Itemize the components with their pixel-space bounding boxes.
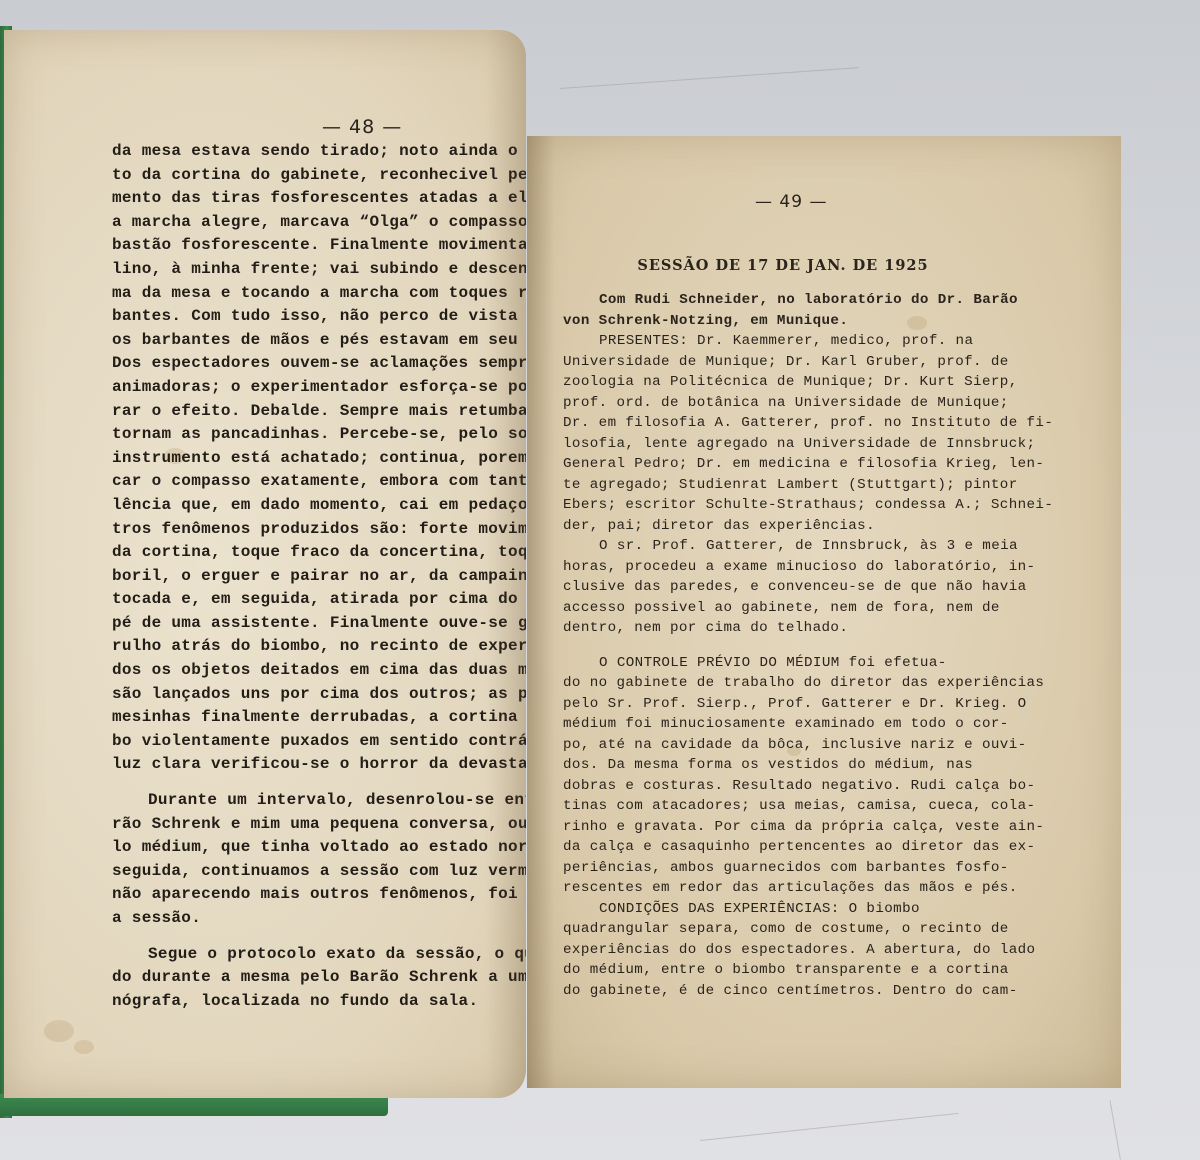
text-line: dentro, nem por cima do telhado.	[563, 618, 1053, 639]
text-line: os barbantes de mãos e pés estavam em se…	[112, 329, 526, 353]
surface-crack	[560, 67, 859, 89]
text-line: po, até na cavidade da bôca, inclusive n…	[563, 735, 1053, 756]
text-line: Dr. em filosofia A. Gatterer, prof. no I…	[563, 413, 1053, 434]
text-line: prof. ord. de botânica na Universidade d…	[563, 393, 1053, 414]
text-line: Segue o protocolo exato da sessão, o qua…	[112, 943, 526, 967]
text-line: von Schrenk-Notzing, em Munique.	[563, 311, 1053, 332]
text-line: nógrafa, localizada no fundo da sala.	[112, 990, 526, 1014]
text-line: rulho atrás do biombo, no recinto de exp…	[112, 635, 526, 659]
text-line: seguida, continuamos a sessão com luz ve…	[112, 860, 526, 884]
text-line: do no gabinete de trabalho do diretor da…	[563, 673, 1053, 694]
text-line: a marcha alegre, marcava “Olga” o compas…	[112, 211, 526, 235]
text-line: dos os objetos deitados em cima das duas…	[112, 659, 526, 683]
section-heading: SESSÃO DE 17 DE JAN. DE 1925	[563, 256, 1003, 290]
text-line: são lançados uns por cima dos outros; as…	[112, 683, 526, 707]
text-line: tinas com atacadores; usa meias, camisa,…	[563, 796, 1053, 817]
left-page: — 48 — da mesa estava sendo tirado; noto…	[4, 30, 526, 1098]
page-number: — 49 —	[755, 192, 827, 212]
text-line: médium foi minuciosamente examinado em t…	[563, 714, 1053, 735]
text-line: PRESENTES: Dr. Kaemmerer, medico, prof. …	[563, 331, 1053, 352]
text-line: lência que, em dado momento, cai em peda…	[112, 494, 526, 518]
text-line: te agregado; Studienrat Lambert (Stuttga…	[563, 475, 1053, 496]
text-line: Dos espectadores ouvem-se aclamações sem…	[112, 352, 526, 376]
text-line: mento das tiras fosforescentes atadas a …	[112, 187, 526, 211]
text-line: bo violentamente puxados em sentido cont…	[112, 730, 526, 754]
text-line: luz clara verificou-se o horror da devas…	[112, 753, 526, 777]
text-line: pé de uma assistente. Finalmente ouve-se…	[112, 612, 526, 636]
text-line: a sessão.	[112, 907, 526, 931]
paper-stain	[44, 1020, 74, 1042]
text-line: da cortina, toque fraco da concertina, t…	[112, 541, 526, 565]
text-line: O sr. Prof. Gatterer, de Innsbruck, às 3…	[563, 536, 1053, 557]
text-line: bantes. Com tudo isso, não perco de vist…	[112, 305, 526, 329]
text-line: dos. Da mesma forma os vestidos do médiu…	[563, 755, 1053, 776]
text-line: rão Schrenk e mim uma pequena conversa, …	[112, 813, 526, 837]
text-line: não aparecendo mais outros fenômenos, fo…	[112, 883, 526, 907]
paper-stain	[74, 1040, 94, 1054]
text-line: tocada e, em seguida, atirada por cima d…	[112, 588, 526, 612]
text-line: boril, o erguer e pairar no ar, da campa…	[112, 565, 526, 589]
text-line: O CONTROLE PRÉVIO DO MÉDIUM foi efetua-	[563, 653, 1053, 674]
text-line: accesso possivel ao gabinete, nem de for…	[563, 598, 1053, 619]
text-line: Com Rudi Schneider, no laboratório do Dr…	[563, 290, 1053, 311]
text-line: rar o efeito. Debalde. Sempre mais retum…	[112, 400, 526, 424]
text-line: dobras e costuras. Resultado negativo. R…	[563, 776, 1053, 797]
text-line: do gabinete, é de cinco centímetros. Den…	[563, 981, 1053, 1002]
page-number: — 48 —	[322, 116, 402, 138]
text-line: do médium, entre o biombo transparente e…	[563, 960, 1053, 981]
text-line: instrumento está achatado; continua, por…	[112, 447, 526, 471]
text-line: experiências do dos espectadores. A aber…	[563, 940, 1053, 961]
text-line: Ebers; escritor Schulte-Strathaus; conde…	[563, 495, 1053, 516]
text-line: tros fenômenos produzidos são: forte mov…	[112, 518, 526, 542]
paragraph-gap	[112, 777, 526, 789]
left-page-text: da mesa estava sendo tirado; noto ainda …	[112, 140, 526, 1013]
text-line: der, pai; diretor das experiências.	[563, 516, 1053, 537]
text-line: periências, ambos guarnecidos com barban…	[563, 858, 1053, 879]
right-page-text: SESSÃO DE 17 DE JAN. DE 1925 Com Rudi Sc…	[563, 256, 1053, 1001]
text-line: tornam as pancadinhas. Percebe-se, pelo …	[112, 423, 526, 447]
text-line: zoologia na Politécnica de Munique; Dr. …	[563, 372, 1053, 393]
text-line: lo médium, que tinha voltado ao estado n…	[112, 836, 526, 860]
text-line: Durante um intervalo, desenrolou-se entr…	[112, 789, 526, 813]
text-line: car o compasso exatamente, embora com ta…	[112, 470, 526, 494]
text-line: quadrangular separa, como de costume, o …	[563, 919, 1053, 940]
text-line: rescentes em redor das articulações das …	[563, 878, 1053, 899]
text-line: pelo Sr. Prof. Sierp., Prof. Gatterer e …	[563, 694, 1053, 715]
text-line: ma da mesa e tocando a marcha com toques…	[112, 282, 526, 306]
text-line: da mesa estava sendo tirado; noto ainda …	[112, 140, 526, 164]
surface-crack	[700, 1113, 959, 1141]
text-line: da calça e casaquinho pertencentes ao di…	[563, 837, 1053, 858]
text-line: mesinhas finalmente derrubadas, a cortin…	[112, 706, 526, 730]
text-line: rinho e gravata. Por cima da própria cal…	[563, 817, 1053, 838]
text-line: bastão fosforescente. Finalmente movimen…	[112, 234, 526, 258]
text-line: horas, procedeu a exame minucioso do lab…	[563, 557, 1053, 578]
right-page: — 49 — SESSÃO DE 17 DE JAN. DE 1925 Com …	[527, 136, 1121, 1088]
surface-crack	[1110, 1100, 1121, 1159]
text-line: lino, à minha frente; vai subindo e desc…	[112, 258, 526, 282]
text-line: clusive das paredes, e convenceu-se de q…	[563, 577, 1053, 598]
text-line: CONDIÇÕES DAS EXPERIÊNCIAS: O biombo	[563, 899, 1053, 920]
text-line: Universidade de Munique; Dr. Karl Gruber…	[563, 352, 1053, 373]
text-line: do durante a mesma pelo Barão Schrenk a …	[112, 966, 526, 990]
paragraph-gap	[112, 931, 526, 943]
paragraph-gap	[563, 639, 1053, 653]
text-line: animadoras; o experimentador esforça-se …	[112, 376, 526, 400]
text-line: to da cortina do gabinete, reconhecivel …	[112, 164, 526, 188]
text-line: losofia, lente agregado na Universidade …	[563, 434, 1053, 455]
text-line: General Pedro; Dr. em medicina e filosof…	[563, 454, 1053, 475]
